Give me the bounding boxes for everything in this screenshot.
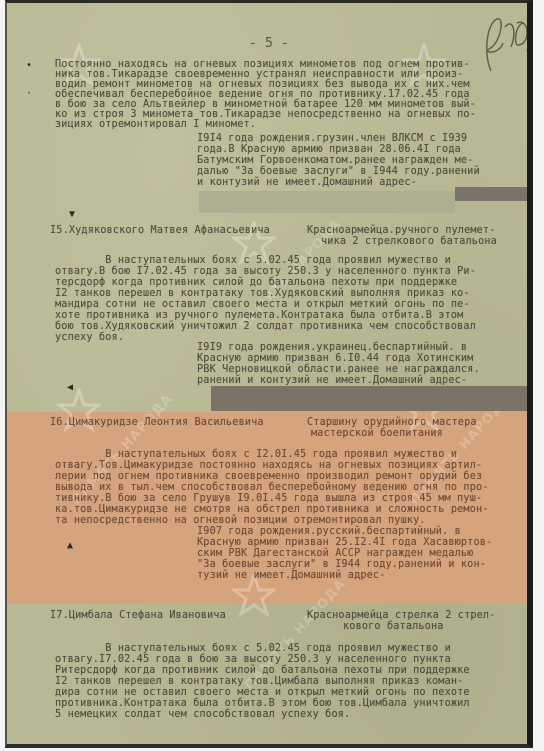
address-redaction [211,386,533,411]
body-line: терсдорф когда противник силой до баталь… [55,278,457,288]
body-line: отвагу.I7.02.45 года в бою за высоту 250… [55,655,451,665]
entry-name: I7.Цимбала Стефана Ивановича [50,611,226,621]
body-line: ка.тов.Цимакуридзе не смотря на обстрел … [55,505,489,515]
bio-line: ским РВК Дагестанской АССР награжден мед… [197,549,473,559]
entry-name: I5.Худяковского Матвея Афанасьевича [50,226,270,236]
handwritten-page-number [477,13,533,73]
entry-rank: кового батальона [343,622,444,632]
body-line: В наступательных боях с 5.02.45 года про… [55,256,451,266]
entry-name: I6.Цимакуридзе Леонтия Васильевича [50,418,264,428]
bio-line: тузий не имеет.Домашний адрес- [197,571,386,581]
bio-line: далью "За боевые заслуги" в I944 году.ра… [197,167,480,177]
body-line: та непосредственно на огневой позиции от… [55,516,426,526]
body-line: 5 немецких солдат чем способствовал успе… [55,710,350,720]
bio-line: "За боевые заслуги" в I944 году.ранений … [197,560,486,570]
body-line: бою тов.Худяковский уничтожил 2 солдат п… [55,322,476,332]
body-line: успеху боя. [55,333,124,343]
body-line: I2 танков перешел в контратаку тов.Цимба… [55,677,463,687]
bio-line: I9I9 года рождения.украинец.беспартийный… [197,343,467,353]
margin-dot: · [26,89,32,99]
body-line: противника.Контратака была отбита.В этом… [55,699,470,709]
body-line: зициях отремонтировал I миномет. [55,120,256,130]
margin-tick-mark: ▼ [69,210,75,220]
address-redaction [455,187,533,201]
body-line: дира сотни не оставил своего места и отк… [55,688,470,698]
body-line: В наступательных боях с 5.02.45 года про… [55,644,451,654]
bio-line: Батумским Горвоенкоматом.ранее награжден… [197,156,473,166]
body-line: отвагу.В бою I7.02.45 года за высоту 250… [55,267,476,277]
body-line: тивнику.В бою за село Грушув I9.0I.45 го… [55,494,482,504]
body-line: Ритерсдорф когда противник силой до бата… [55,666,470,676]
entry-rank: Красноармейца стрелка 2 стрел- [307,611,496,621]
address-redaction [199,191,455,213]
entry-rank: мастерской боепитания [311,429,443,439]
body-line: отвагу.Тов.Цимакуридзе постоянно находяс… [55,461,482,471]
entry-rank: Красноармейца.ручного пулемет- [307,226,496,236]
bio-line: и контузий не имеет.Домашний адрес- [197,178,417,188]
bio-line: ранений и контузий не имеет.Домашний адр… [197,376,467,386]
bio-line: года.В Красную армию призван 28.06.4I го… [197,145,461,155]
entry-rank: Старшину орудийного мастера [307,418,477,428]
document-page: ПАМЯТЬ НАРОДА ПАМЯТЬ НАРОДА ПАМЯТЬ НАРОД… [5,0,533,748]
bio-line: Красную армию призван 25.I2.4I года Хаса… [197,538,492,548]
page-number: - 5 - [249,39,289,49]
body-line: В наступательных боях с I2.0I.45 года пр… [55,450,457,460]
margin-tick-mark: ◀ [67,383,73,393]
bio-line: Красную армию призван 6.I0.44 года Хотин… [197,354,473,364]
margin-dot: • [26,61,32,71]
body-line: вывода их в тыл.чем способствовал беспер… [55,483,489,493]
margin-tick-mark: ▲ [67,541,73,551]
body-line: мандира сотни не оставил своего места и … [55,300,470,310]
body-line: лерии под огнем противника своевременно … [55,472,482,482]
bio-line: I907 года рождения.русский.беспартийный.… [197,527,461,537]
bio-line: РВК Черновицкой области.ранее не награжд… [197,365,480,375]
body-line: I2 танков перешел в контратаку тов.Худяк… [55,289,470,299]
entry-rank: чика 2 стрелкового батальона [321,237,497,247]
body-line: хоте противника из ручного пулемета.Конт… [55,311,463,321]
bio-line: I9I4 года рождения.грузин.член ВЛКСМ с I… [197,134,467,144]
